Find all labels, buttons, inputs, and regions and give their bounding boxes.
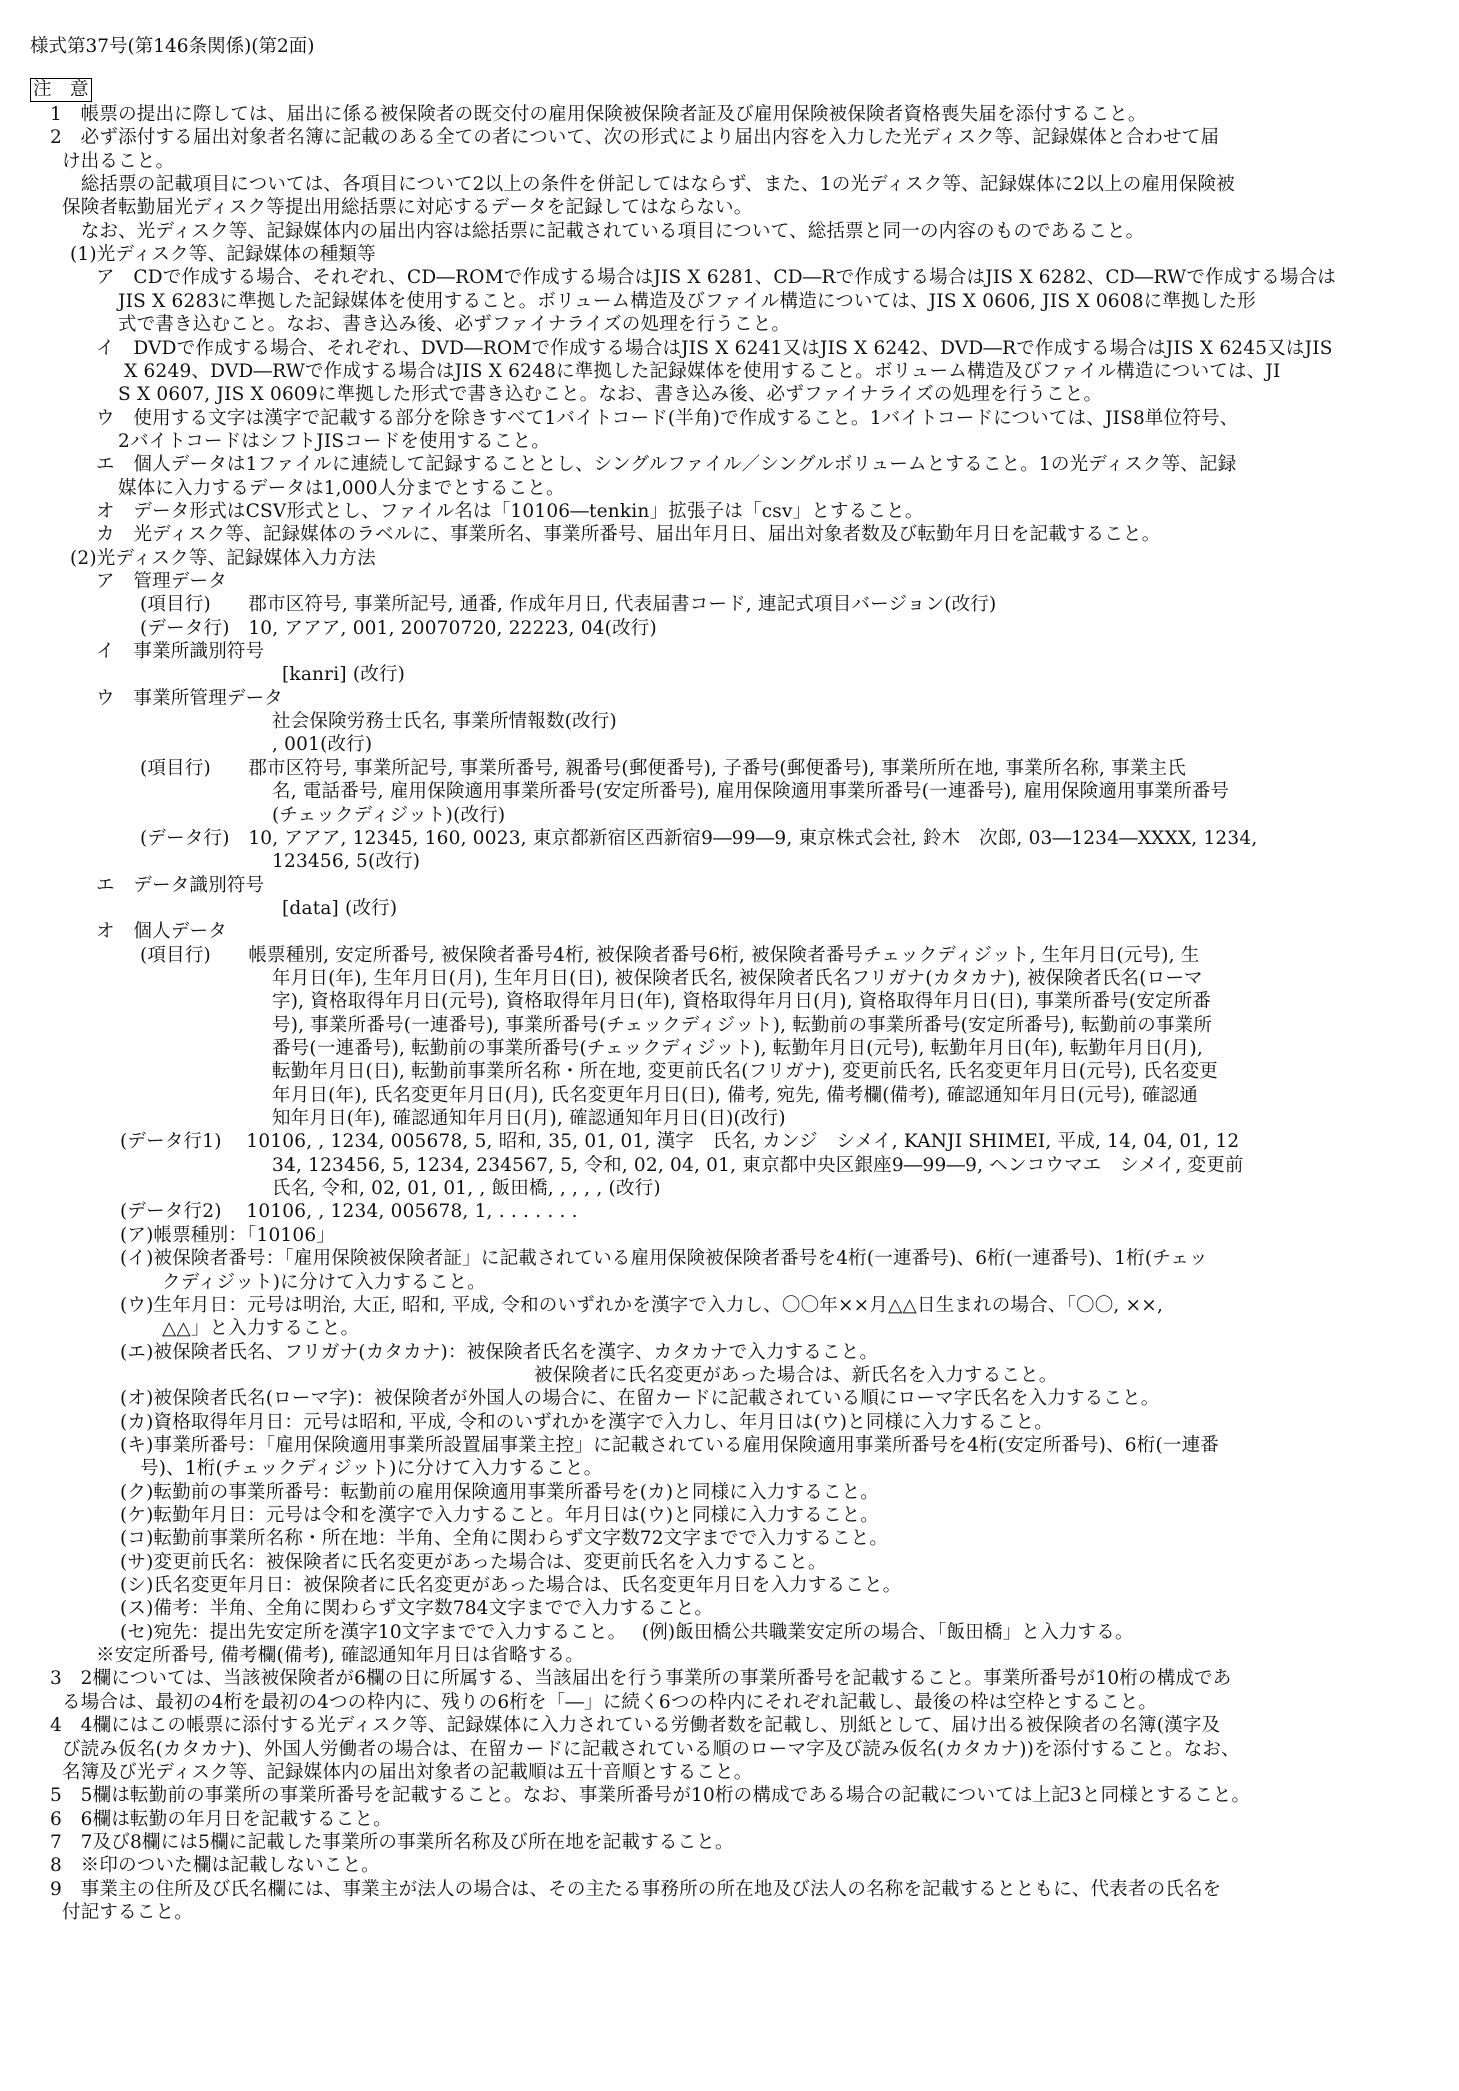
notice-line: 6 6欄は転勤の年月日を記載すること。 [50,1808,392,1831]
notice-line: 番号(一連番号), 転勤前の事業所番号(チェックディジット), 転勤年月日(元号… [272,1037,1203,1060]
notice-line: 社会保険労務士氏名, 事業所情報数(改行) [272,710,617,733]
notice-line: 付記すること。 [62,1901,193,1924]
notice-line: (セ)宛先：提出先安定所を漢字10文字までで入力すること。 (例)飯田橋公共職業… [120,1621,1134,1644]
notice-line: 号), 事業所番号(一連番号), 事業所番号(チェックディジット), 転勤前の事… [272,1014,1212,1037]
notice-line: なお、光ディスク等、記録媒体内の届出内容は総括票に記載されている項目について、総… [62,220,1144,243]
notice-line: クディジット)に分けて入力すること。 [162,1271,486,1294]
notice-line: (1)光ディスク等、記録媒体の種類等 [70,243,376,266]
notice-line: 転勤年月日(日), 転勤前事業所名称・所在地, 変更前氏名(フリガナ), 変更前… [272,1060,1218,1083]
notice-line: S X 0607, JIS X 0609に準拠した形式で書き込むこと。なお、書き… [118,383,1102,406]
notice-line: (ス)備考：半角、全角に関わらず文字数784文字までで入力すること。 [120,1597,713,1620]
notice-line: 2 必ず添付する届出対象者名簿に記載のある全ての者について、次の形式により届出内… [50,126,1219,149]
notice-line: (項目行) 郡市区符号, 事業所記号, 通番, 作成年月日, 代表届書コード, … [140,593,996,616]
notice-line: (キ)事業所番号：「雇用保険適用事業所設置届事業主控」に記載されている雇用保険適… [120,1434,1219,1457]
notice-line: 年月日(年), 生年月日(月), 生年月日(日), 被保険者氏名, 被保険者氏名… [272,967,1203,990]
notice-line: (エ)被保険者氏名、フリガナ(カタカナ)：被保険者氏名を漢字、カタカナで入力する… [120,1341,878,1364]
notice-line: 34, 123456, 5, 1234, 234567, 5, 令和, 02, … [272,1154,1244,1177]
notice-line: 9 事業主の住所及び氏名欄には、事業主が法人の場合は、その主たる事務所の所在地及… [50,1878,1221,1901]
notice-line: 被保険者に氏名変更があった場合は、新氏名を入力すること。 [534,1364,1057,1387]
notice-line: 1 帳票の提出に際しては、届出に係る被保険者の既交付の雇用保険被保険者証及び雇用… [50,103,1147,126]
notice-line: [data] (改行) [282,897,397,920]
notice-line: び読み仮名(カタカナ)、外国人労働者の場合は、在留カードに記載されている順のロー… [62,1738,1240,1761]
notice-line: 字), 資格取得年月日(元号), 資格取得年月日(年), 資格取得年月日(月),… [272,990,1211,1013]
notice-line: X 6249、DVD―RWで作成する場合はJIS X 6248に準拠した記録媒体… [118,360,1281,383]
notice-line: ウ 使用する文字は漢字で記載する部分を除きすべて1バイトコード(半角)で作成する… [96,407,1238,430]
notice-line: (チェックディジット)(改行) [272,804,505,827]
notice-line: オ 個人データ [96,920,227,943]
notice-line: 総括票の記載項目については、各項目について2以上の条件を併記してはならず、また、… [62,173,1235,196]
notice-line: 5 5欄は転勤前の事業所の事業所番号を記載すること。なお、事業所番号が10桁の構… [50,1784,1250,1807]
form-title: 様式第37号(第146条関係)(第2面) [30,32,315,58]
notice-line: 4 4欄にはこの帳票に添付する光ディスク等、記録媒体に入力されている労働者数を記… [50,1714,1220,1737]
notice-line: (シ)氏名変更年月日：被保険者に氏名変更があった場合は、氏名変更年月日を入力する… [120,1574,901,1597]
notice-line: (サ)変更前氏名：被保険者に氏名変更があった場合は、変更前氏名を入力すること。 [120,1551,827,1574]
notice-line: る場合は、最初の4桁を最初の4つの枠内に、残りの6桁を「―」に続く6つの枠内にそ… [62,1691,1157,1714]
notice-line: 2バイトコードはシフトJISコードを使用すること。 [118,430,550,453]
notice-line: (ア)帳票種別：「10106」 [120,1224,335,1247]
notice-line: 式で書き込むこと。なお、書き込み後、必ずファイナライズの処理を行うこと。 [118,313,790,336]
notice-line: (データ行2) 10106, , 1234, 005678, 1, . . . … [120,1200,578,1223]
notice-line: 名, 電話番号, 雇用保険適用事業所番号(安定所番号), 雇用保険適用事業所番号… [272,780,1229,803]
notice-line: ア 管理データ [96,570,227,593]
notice-line: ア CDで作成する場合、それぞれ、CD―ROMで作成する場合はJIS X 628… [96,266,1336,289]
notice-label: 注 意 [30,78,92,102]
notice-line: 名簿及び光ディスク等、記録媒体内の届出対象者の記載順は五十音順とすること。 [62,1761,752,1784]
notice-line: JIS X 6283に準拠した記録媒体を使用すること。ボリューム構造及びファイル… [118,290,1256,313]
notice-line: (項目行) 帳票種別, 安定所番号, 被保険者番号4桁, 被保険者番号6桁, 被… [140,944,1200,967]
notice-line: イ 事業所識別符号 [96,640,264,663]
notice-line: 123456, 5(改行) [272,850,420,873]
notice-line: カ 光ディスク等、記録媒体のラベルに、事業所名、事業所番号、届出年月日、届出対象… [96,523,1160,546]
notice-line: (データ行1) 10106, , 1234, 005678, 5, 昭和, 35… [120,1130,1239,1153]
notice-line: 7 7及び8欄には5欄に記載した事業所の事業所名称及び所在地を記載すること。 [50,1831,734,1854]
notice-line: ウ 事業所管理データ [96,687,283,710]
notice-line: (オ)被保険者氏名(ローマ字)：被保険者が外国人の場合に、在留カードに記載されて… [120,1387,1159,1410]
notice-line: イ DVDで作成する場合、それぞれ、DVD―ROMで作成する場合はJIS X 6… [96,337,1333,360]
notice-line: 号)、1桁(チェックディジット)に分けて入力すること。 [140,1457,602,1480]
notice-line: け出ること。 [62,150,174,173]
notice-line: オ データ形式はCSV形式とし、ファイル名は「10106―tenkin」拡張子は… [96,500,924,523]
notice-line: 3 2欄については、当該被保険者が6欄の日に所属する、当該届出を行う事業所の事業… [50,1667,1232,1690]
notice-line: , 001(改行) [272,733,372,756]
notice-line: エ データ識別符号 [96,874,264,897]
notice-line: (ウ)生年月日：元号は明治, 大正, 昭和, 平成, 令和のいずれかを漢字で入力… [120,1294,1163,1317]
notice-line: 年月日(年), 氏名変更年月日(月), 氏名変更年月日(日), 備考, 宛先, … [272,1084,1198,1107]
notice-line: (項目行) 郡市区符号, 事業所記号, 事業所番号, 親番号(郵便番号), 子番… [140,757,1186,780]
notice-line: (データ行) 10, アアア, 12345, 160, 0023, 東京都新宿区… [140,827,1257,850]
notice-line: (2)光ディスク等、記録媒体入力方法 [70,547,376,570]
notice-line: (カ)資格取得年月日：元号は昭和, 平成, 令和のいずれかを漢字で入力し、年月日… [120,1411,1053,1434]
notice-line: (コ)転勤前事業所名称・所在地：半角、全角に関わらず文字数72文字までで入力する… [120,1527,888,1550]
notice-line: (イ)被保険者番号：「雇用保険被保険者証」に記載されている雇用保険被保険者番号を… [120,1247,1208,1270]
notice-line: (ケ)転勤年月日：元号は令和を漢字で入力すること。年月日は(ウ)と同様に入力する… [120,1504,879,1527]
notice-line: 8 ※印のついた欄は記載しないこと。 [50,1854,380,1877]
notice-line: 氏名, 令和, 02, 01, 01, , 飯田橋, , , , , (改行) [272,1177,661,1200]
notice-line: (ク)転勤前の事業所番号：転勤前の雇用保険適用事業所番号を(カ)と同様に入力する… [120,1481,879,1504]
notice-line: エ 個人データは1ファイルに連続して記録することとし、シングルファイル／シングル… [96,453,1236,476]
notice-line: 媒体に入力するデータは1,000人分までとすること。 [118,477,565,500]
notice-line: ※安定所番号, 備考欄(備考), 確認通知年月日は省略する。 [96,1644,584,1667]
notice-line: (データ行) 10, アアア, 001, 20070720, 22223, 04… [140,617,657,640]
notice-line: △△」と入力すること。 [162,1317,359,1340]
notice-line: 保険者転勤届光ディスク等提出用総括票に対応するデータを記録してはならない。 [62,196,752,219]
notice-line: [kanri] (改行) [282,663,405,686]
notice-line: 知年月日(年), 確認通知年月日(月), 確認通知年月日(日)(改行) [272,1107,786,1130]
